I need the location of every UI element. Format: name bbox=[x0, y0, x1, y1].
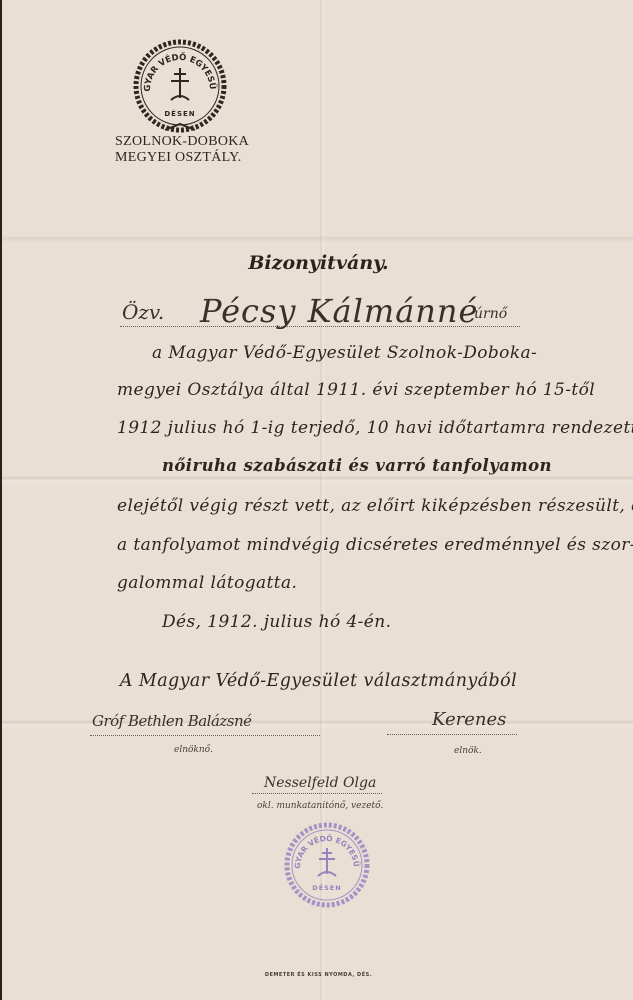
society-seal: MAGYAR VÉDŐ EGYESÜLET DÉSEN bbox=[125, 38, 235, 138]
recipient-prefix: Özv. bbox=[122, 300, 164, 324]
closing-line: A Magyar Védő-Egyesület választmányából bbox=[2, 671, 633, 691]
body-line: elejétől végig részt vett, az előirt kik… bbox=[117, 496, 537, 516]
svg-text:MAGYAR VÉDŐ EGYESÜLET: MAGYAR VÉDŐ EGYESÜLET bbox=[125, 38, 218, 92]
recipient-name: Pécsy Kálmánné bbox=[200, 292, 478, 330]
signature-right: Kerenes bbox=[432, 709, 506, 730]
course-name: nőiruha szabászati és varró tanfolyamon bbox=[162, 456, 582, 475]
role-left: elnöknő. bbox=[174, 745, 213, 755]
role-right: elnök. bbox=[454, 746, 482, 756]
purple-stamp-icon: MAGYAR VÉDŐ EGYESÜLET DÉSEN bbox=[284, 822, 370, 908]
recipient-suffix: úrnő bbox=[474, 306, 507, 322]
double-cross-icon bbox=[171, 68, 189, 100]
signature-line-center bbox=[252, 793, 382, 794]
recipient-line: Özv. Pécsy Kálmánné úrnő bbox=[120, 286, 520, 327]
printer-imprint: DEMETER ÉS KISS NYOMDA, DÉS. bbox=[2, 972, 633, 978]
body-line: galommal látogatta. bbox=[117, 573, 537, 593]
body-line: a Magyar Védő-Egyesület Szolnok-Doboka- bbox=[152, 343, 572, 363]
body-line: 1912 julius hó 1-ig terjedő, 10 havi idő… bbox=[117, 418, 537, 438]
official-stamp: MAGYAR VÉDŐ EGYESÜLET DÉSEN bbox=[284, 822, 370, 908]
double-cross-icon bbox=[318, 848, 336, 876]
organization-name: SZOLNOK-DOBOKA MEGYEI OSZTÁLY. bbox=[115, 134, 255, 166]
laurel-wreath-seal-icon: MAGYAR VÉDŐ EGYESÜLET DÉSEN bbox=[125, 38, 235, 138]
signature-left: Gróf Bethlen Balázsné bbox=[92, 712, 252, 730]
svg-text:DÉSEN: DÉSEN bbox=[312, 883, 341, 892]
signature-line-right bbox=[387, 734, 517, 735]
org-line-2: MEGYEI OSZTÁLY. bbox=[115, 150, 255, 166]
document-title: Bizonyitvány. bbox=[2, 252, 633, 274]
signature-line-left bbox=[90, 735, 320, 736]
signature-center: Nesselfeld Olga bbox=[264, 775, 376, 791]
org-line-1: SZOLNOK-DOBOKA bbox=[115, 134, 255, 150]
role-center: okl. munkatanitónő, vezető. bbox=[257, 801, 383, 811]
place-date: Dés, 1912. julius hó 4-én. bbox=[162, 612, 582, 632]
body-line: a tanfolyamot mindvégig dicséretes eredm… bbox=[117, 535, 537, 555]
body-line: megyei Osztálya által 1911. évi szeptemb… bbox=[117, 380, 537, 400]
certificate-page: MAGYAR VÉDŐ EGYESÜLET DÉSEN SZOLNOK-DOBO… bbox=[0, 0, 633, 1000]
svg-text:DÉSEN: DÉSEN bbox=[164, 109, 195, 118]
